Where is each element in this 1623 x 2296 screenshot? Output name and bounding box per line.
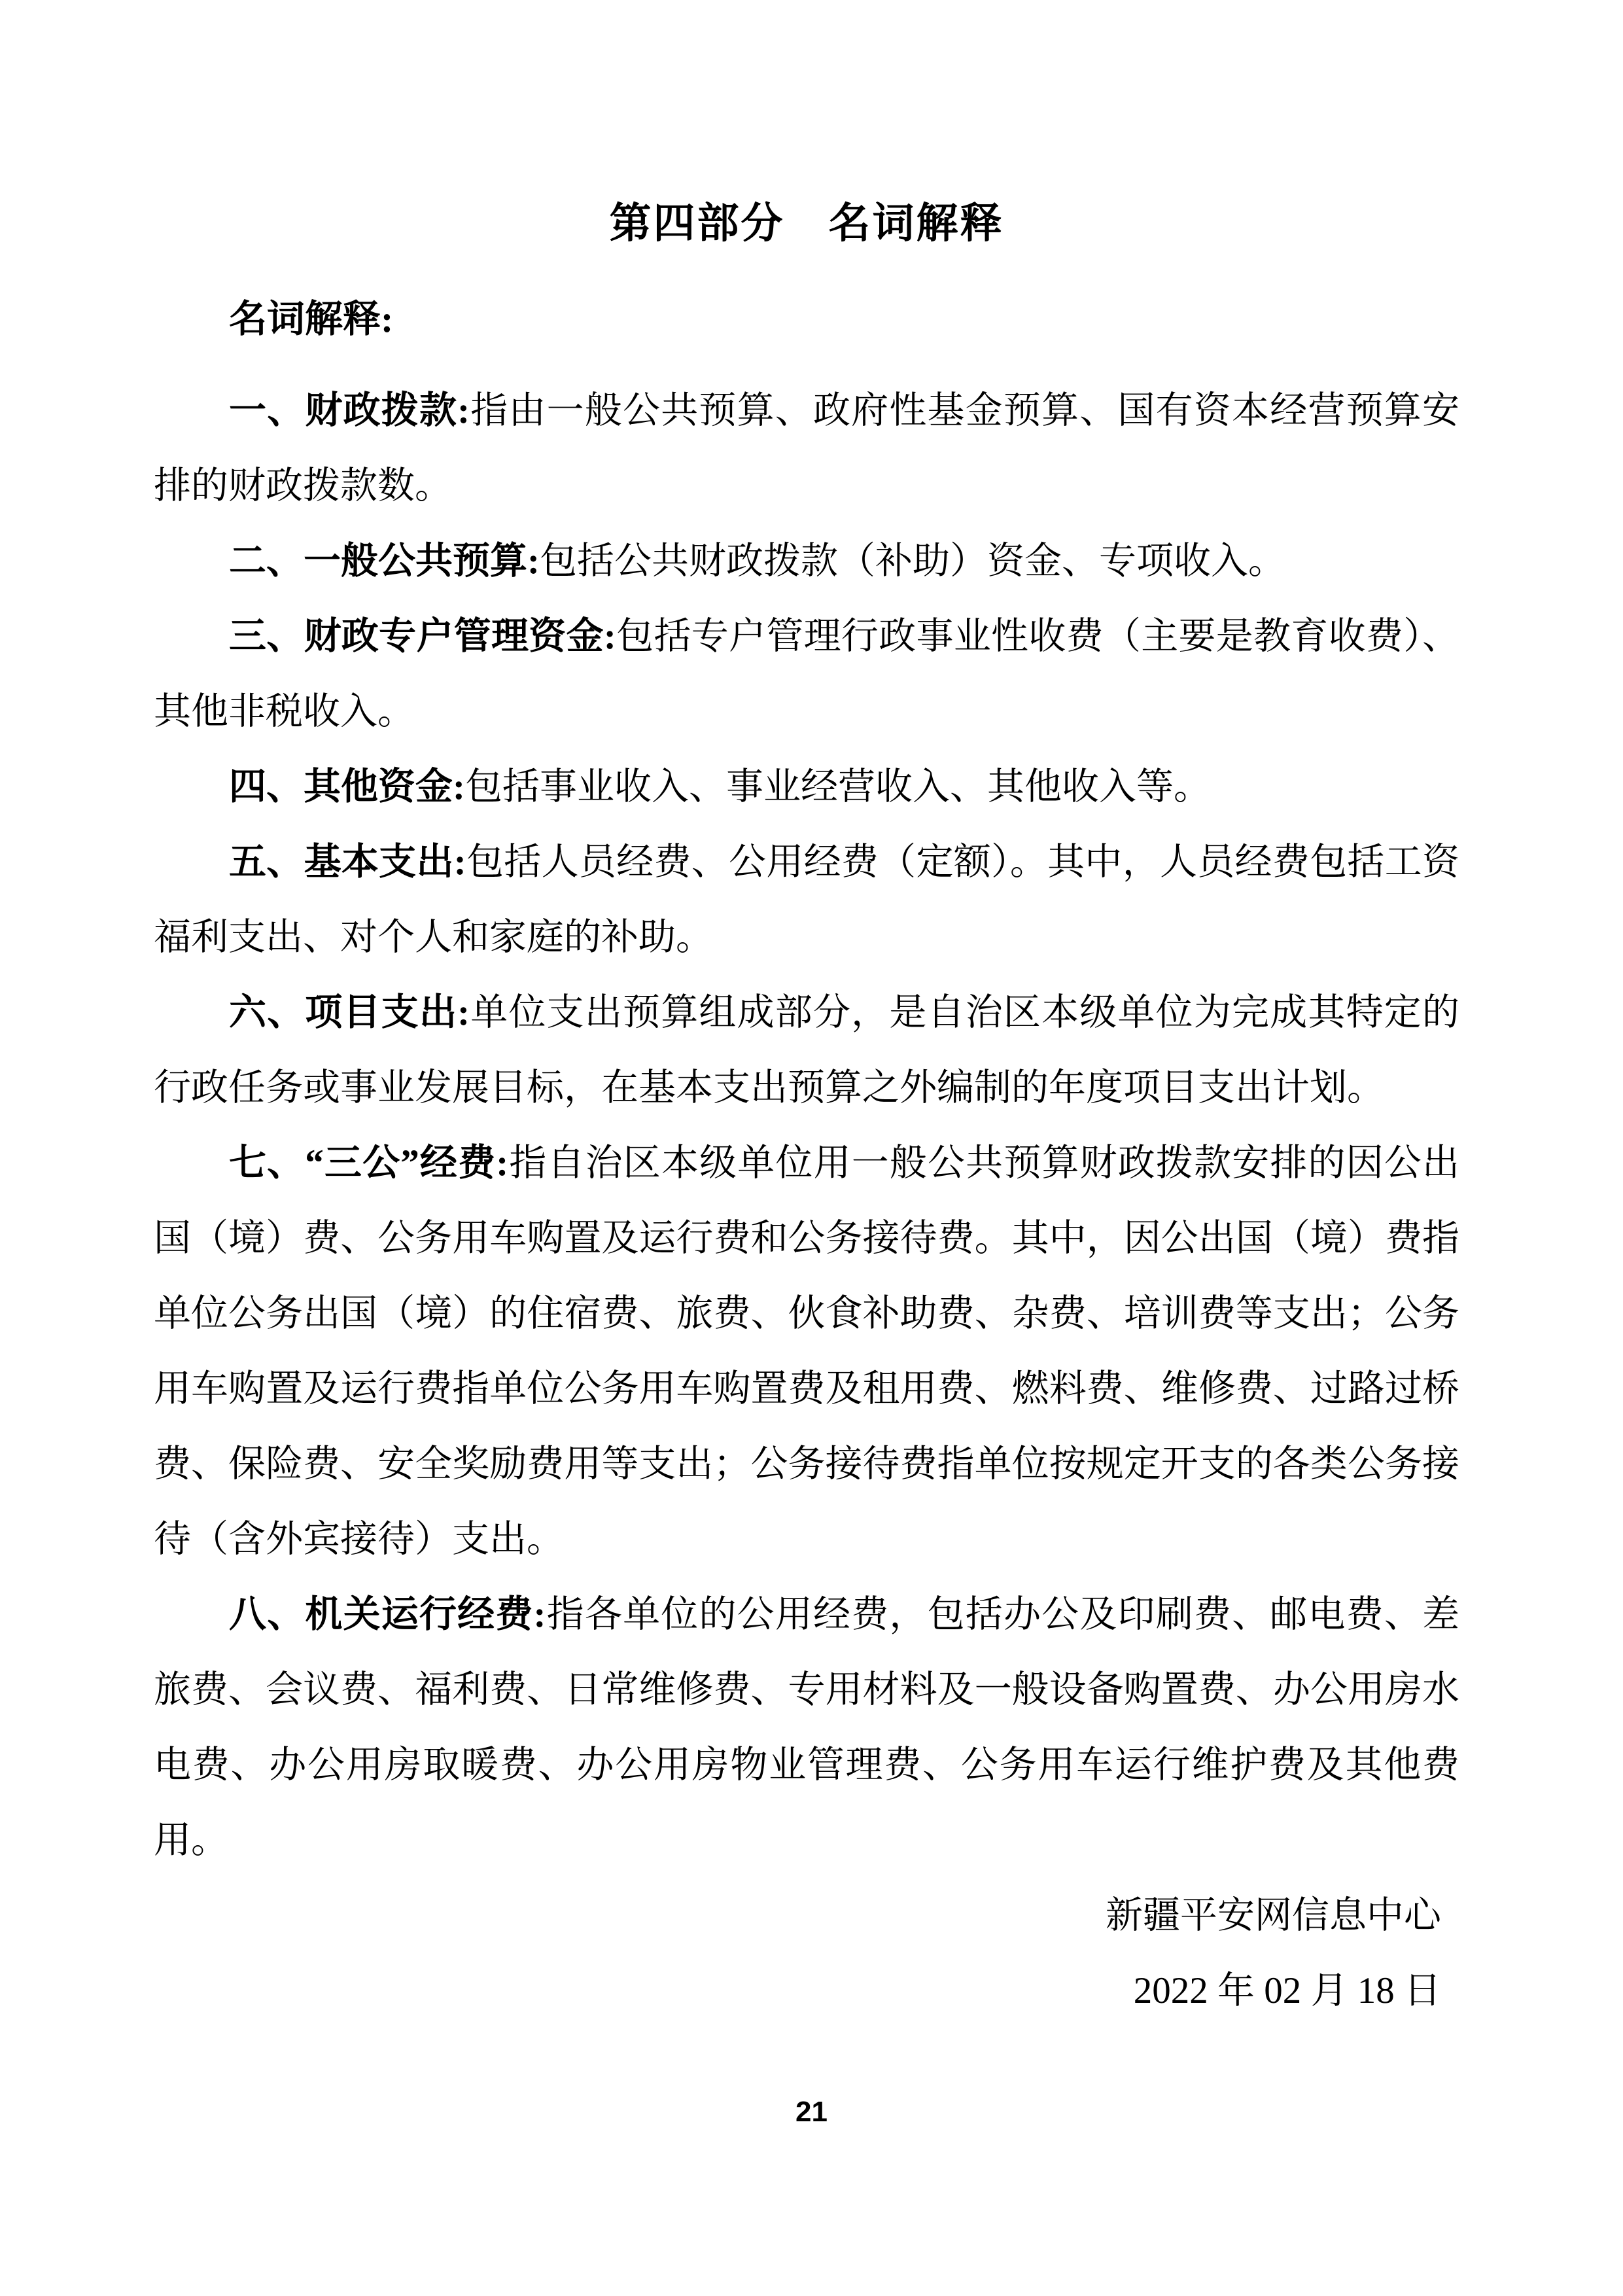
term-definition: 包括事业收入、事业经营收入、其他收入等。 (465, 766, 1211, 807)
term-definition: 包括公共财政拨款（补助）资金、专项收入。 (540, 540, 1285, 582)
glossary-term-xiangmuzhichu: 六、项目支出:单位支出预算组成部分，是自治区本级单位为完成其特定的行政任务或事业… (154, 975, 1459, 1125)
page-title: 第四部分 名词解释 (154, 196, 1459, 250)
term-label: 一、财政拨款: (229, 390, 470, 431)
term-label: 二、一般公共预算: (229, 540, 540, 582)
document-body: 第四部分 名词解释 名词解释: 一、财政拨款:指由一般公共预算、政府性基金预算、… (154, 196, 1459, 2028)
glossary-term-jiguanyunxingjingfei: 八、机关运行经费:指各单位的公用经费，包括办公及印刷费、邮电费、差旅费、会议费、… (154, 1577, 1459, 1878)
term-label: 七、“三公”经费: (229, 1142, 508, 1184)
document-page: 第四部分 名词解释 名词解释: 一、财政拨款:指由一般公共预算、政府性基金预算、… (0, 0, 1623, 2296)
term-label: 八、机关运行经费: (229, 1594, 546, 1635)
glossary-term-caizhengbokuan: 一、财政拨款:指由一般公共预算、政府性基金预算、国有资本经营预算安排的财政拨款数… (154, 373, 1459, 523)
page-number: 21 (0, 2093, 1623, 2132)
signature-date: 2022 年 02 月 18 日 (154, 1953, 1459, 2028)
glossary-term-yibangonggongyusuan: 二、一般公共预算:包括公共财政拨款（补助）资金、专项收入。 (154, 523, 1459, 599)
glossary-term-caizhengzhuanhu: 三、财政专户管理资金:包括专户管理行政事业性收费（主要是教育收费）、其他非税收入… (154, 599, 1459, 749)
term-label: 三、财政专户管理资金: (229, 616, 616, 657)
term-label: 四、其他资金: (229, 766, 465, 807)
glossary-term-sangongjingfei: 七、“三公”经费:指自治区本级单位用一般公共预算财政拨款安排的因公出国（境）费、… (154, 1125, 1459, 1577)
glossary-heading: 名词解释: (154, 281, 1459, 357)
glossary-term-jibenzhichu: 五、基本支出:包括人员经费、公用经费（定额）。其中，人员经费包括工资福利支出、对… (154, 824, 1459, 975)
term-definition: 指自治区本级单位用一般公共预算财政拨款安排的因公出国（境）费、公务用车购置及运行… (154, 1142, 1459, 1560)
signature-organization: 新疆平安网信息中心 (154, 1878, 1459, 1953)
term-label: 六、项目支出: (229, 992, 470, 1033)
glossary-term-qitazijin: 四、其他资金:包括事业收入、事业经营收入、其他收入等。 (154, 749, 1459, 824)
term-label: 五、基本支出: (229, 841, 466, 883)
